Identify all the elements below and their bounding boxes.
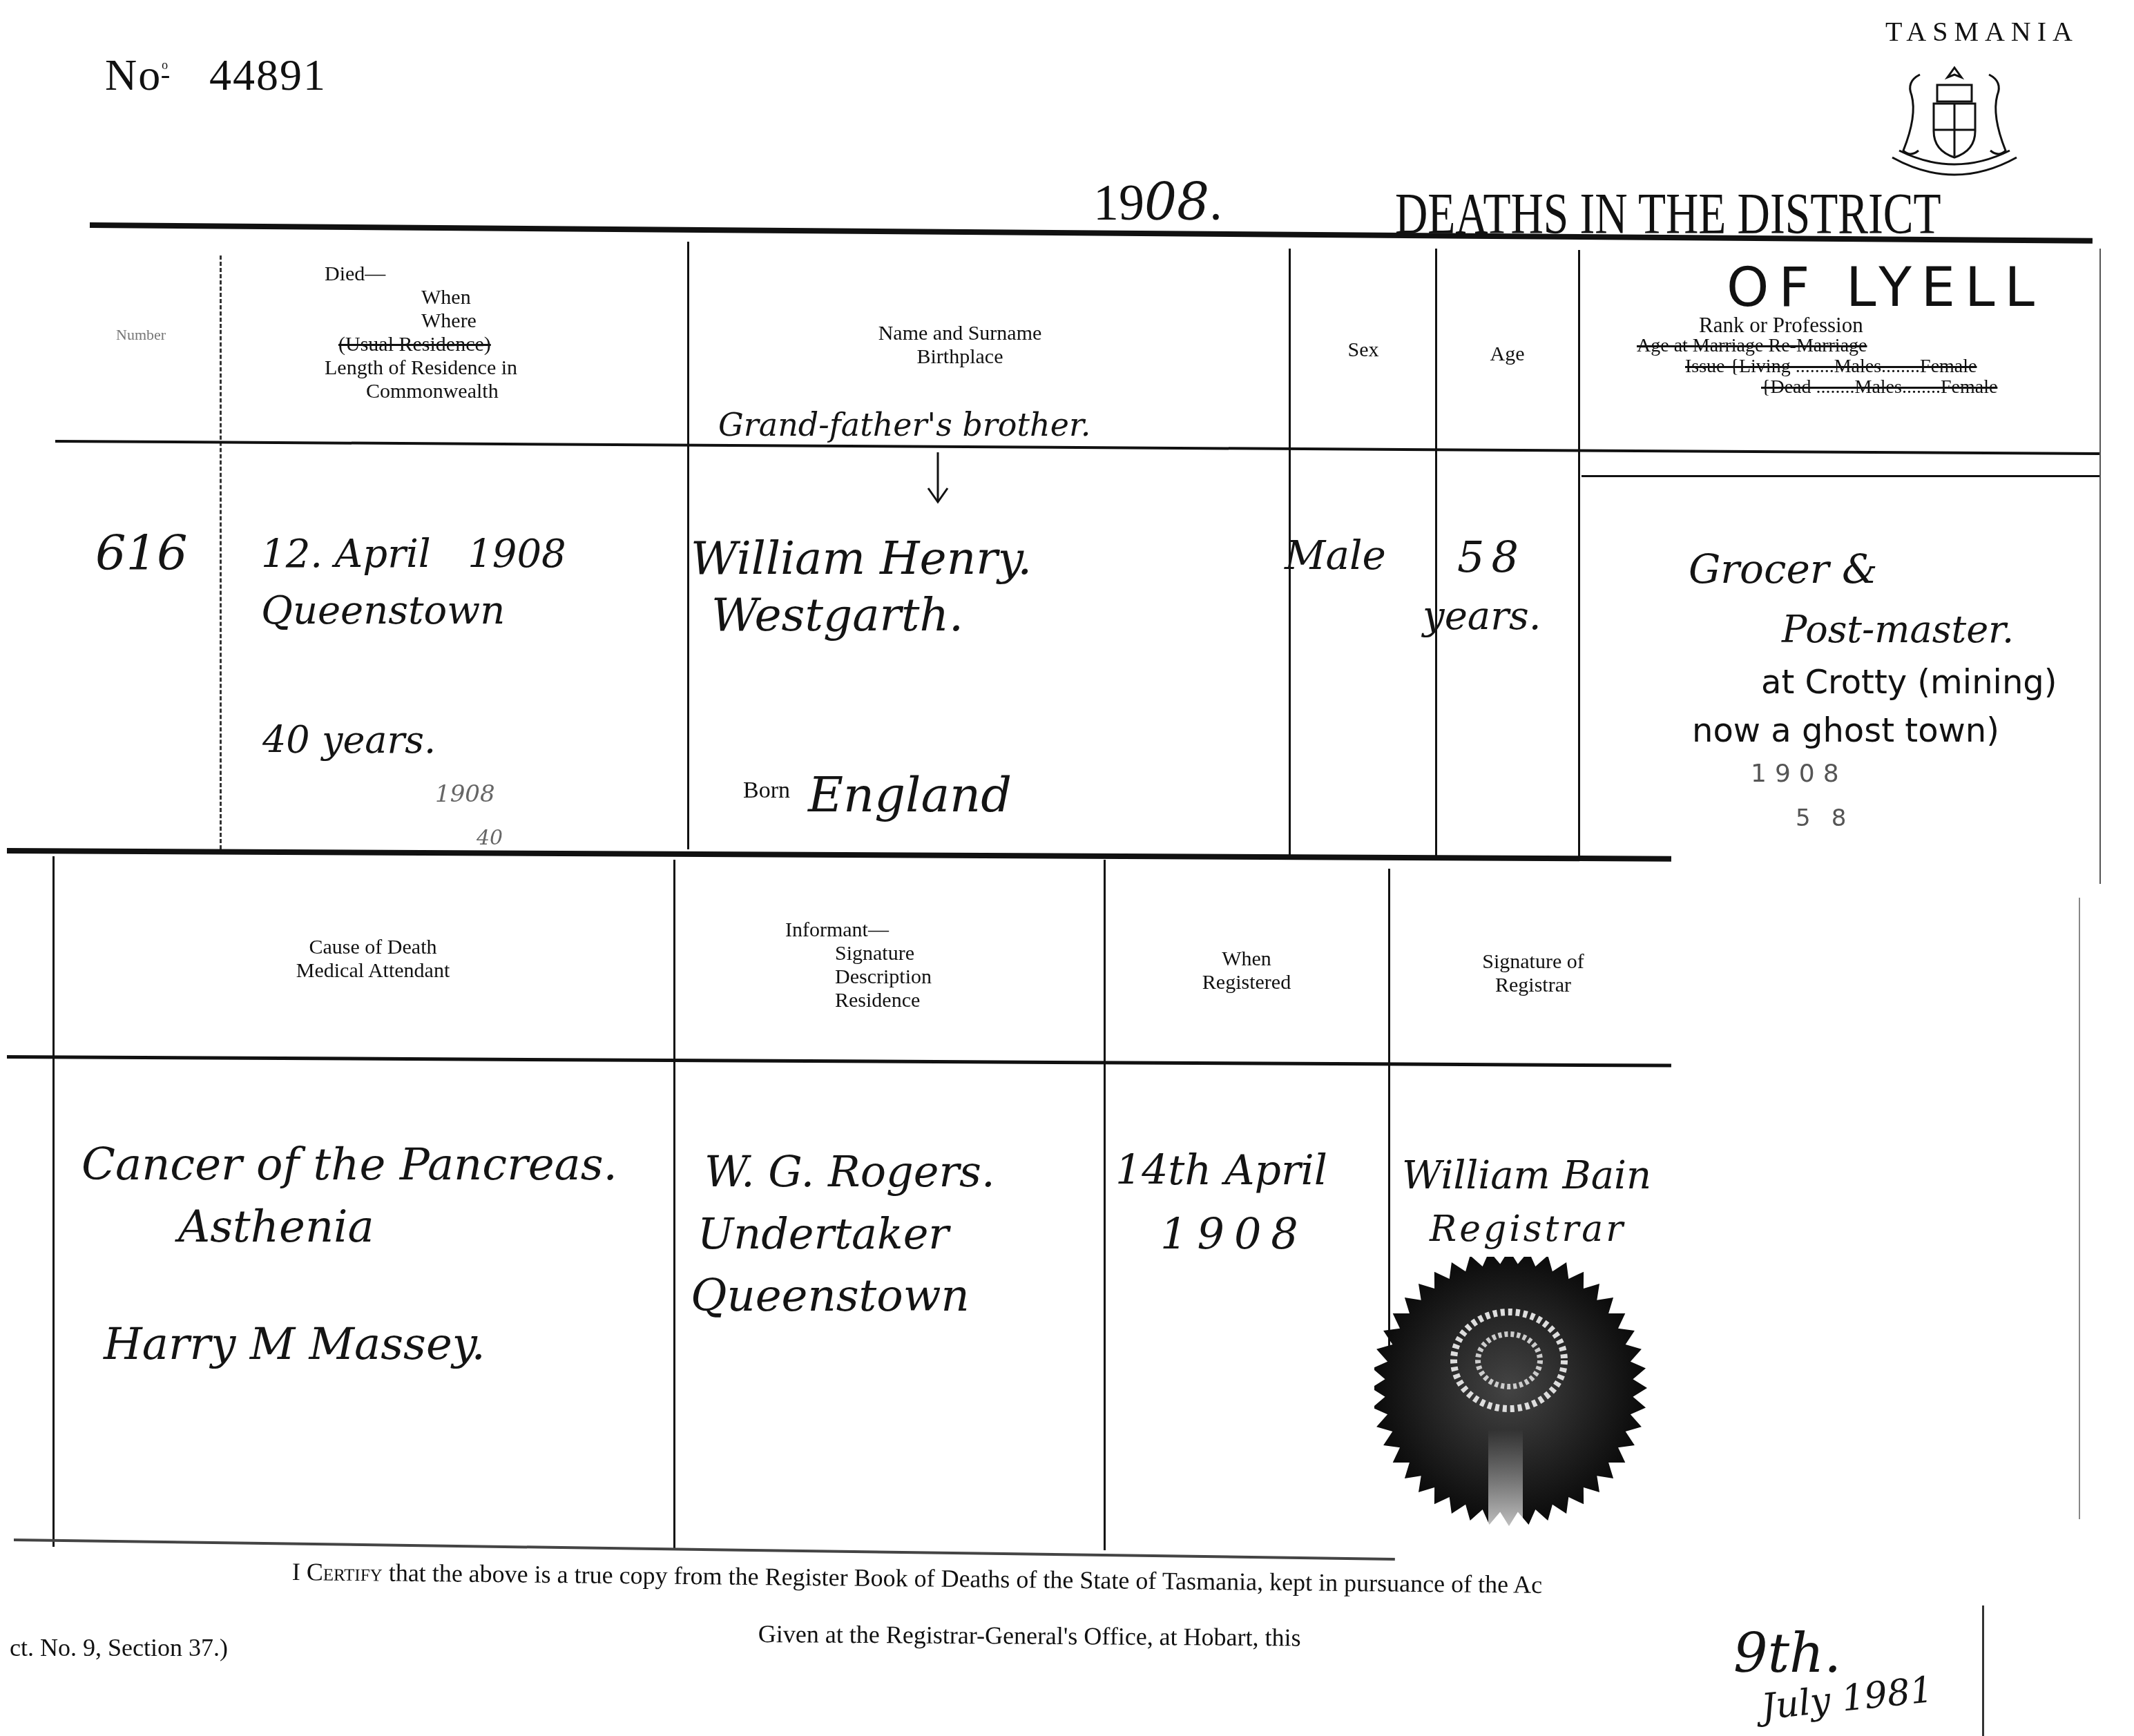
rank-header-rule [1582,475,2099,477]
footer-fold-rule [14,1539,1395,1561]
rank-note: 1908 [1751,760,1847,788]
district-handwritten: OF LYELL [1727,257,2044,319]
header-line: Name and Surname [753,322,1167,345]
informant-name: W. G. Rogers. [704,1146,995,1197]
column-header-age: Age [1436,343,1578,366]
certificate-number: Noᵒ 44891 [105,50,327,101]
column-header-sex: Sex [1291,338,1435,362]
registered-year: 1908 [1160,1208,1308,1259]
deceased-name-line1: William Henry. [691,532,1032,585]
registrar-title: Registrar [1430,1208,1626,1250]
header-line: When [1105,947,1388,971]
age-value: 58 [1457,532,1526,582]
length-of-residence: 40 years. [262,718,436,762]
year-handwritten: 08 [1144,173,1209,232]
header-line: When [421,286,684,309]
registrar-signature: William Bain [1402,1153,1651,1198]
number-prefix: No [105,50,162,99]
header-line: Informant— [785,918,1096,942]
arrow-down-icon [924,452,952,508]
header-line: Died— [325,262,684,286]
rank-note: 58 [1796,804,1867,832]
header-line: Signature of [1402,950,1664,974]
rank-line1: Grocer & [1689,546,1878,592]
header-line: Rank or Profession [1699,315,2099,336]
column-divider [673,860,675,1550]
header-line: Residence [835,989,1096,1012]
column-divider [1578,250,1580,858]
column-header-name: Name and Surname Birthplace [753,322,1167,369]
informant-residence: Queenstown [691,1271,970,1322]
rank-line4: now a ghost town) [1692,711,1999,750]
bottom-header-rule [7,1055,1671,1068]
certification-statement: I Certify that the above is a true copy … [292,1557,1543,1599]
column-divider [687,242,689,849]
state-label: TASMANIA [1885,15,2079,48]
header-line: Where [421,309,684,333]
coat-of-arms-icon [1878,61,2030,178]
header-line: Length of Residence in [325,356,684,380]
column-header-informant: Informant— Signature Description Residen… [785,918,1096,1012]
margin-note: 40 [477,826,503,850]
died-when: 12. April 1908 [261,532,566,577]
header-line: Registered [1105,971,1388,994]
page-edge [2079,898,2080,1519]
page-edge [2099,249,2101,884]
medical-attendant: Harry M Massey. [104,1319,486,1370]
act-reference: ct. No. 9, Section 37.) [10,1633,228,1662]
number-column-divider [220,255,222,849]
column-header-number: Number [116,323,166,347]
issue-date-day: 9th. [1733,1623,1841,1685]
year-printed: 19 [1093,175,1144,231]
column-header-registered: When Registered [1105,947,1388,994]
page-edge [1982,1605,1984,1736]
header-line-struck: {Dead ........Males........Female [1761,377,2099,398]
column-header-cause: Cause of Death Medical Attendant [193,936,552,983]
header-line: Description [835,965,1096,989]
relation-annotation: Grand-father's brother. [718,406,1090,443]
deceased-name-line2: Westgarth. [711,588,963,642]
section-rule [7,848,1671,862]
cause-of-death-secondary: Asthenia [178,1202,374,1253]
margin-note: 1908 [435,780,495,808]
informant-description: Undertaker [698,1208,949,1259]
column-header-registrar: Signature of Registrar [1402,950,1664,997]
number-prefix-ordinal: ᵒ [162,57,169,79]
given-statement: Given at the Registrar-General's Office,… [758,1619,1301,1652]
header-line-struck: Issue {Living ........Males........Femal… [1685,356,2099,377]
rank-line3: at Crotty (mining) [1761,663,2057,702]
header-line: Cause of Death [193,936,552,959]
embossed-seal-icon [1374,1257,1664,1547]
register-year: 1908. [1093,173,1222,233]
sex-value: Male [1285,532,1386,579]
died-where: Queenstown [261,588,505,633]
age-unit: years. [1423,594,1541,639]
header-line: Registrar [1402,974,1664,997]
cause-of-death: Cancer of the Pancreas. [81,1139,617,1190]
column-divider [52,856,55,1547]
header-line: Medical Attendant [193,959,552,983]
registered-date: 14th April [1115,1146,1327,1195]
certify-lead: I Certify [292,1558,383,1586]
born-label: Born [743,778,790,804]
header-line: Birthplace [753,345,1167,369]
certify-text: that the above is a true copy from the R… [389,1559,1543,1598]
birthplace: England [808,766,1012,823]
number-value: 44891 [209,50,327,99]
rank-line2: Post-master. [1782,608,2014,651]
header-line-struck: Age at Marriage Re-Marriage [1637,336,2099,356]
header-line-struck: (Usual Residence) [338,333,684,356]
column-header-rank: Rank or Profession Age at Marriage Re-Ma… [1637,315,2099,398]
column-divider [1435,249,1437,856]
entry-number: 616 [95,525,188,581]
header-line: Signature [835,942,1096,965]
header-line: Commonwealth [366,380,684,403]
column-header-died: Died— When Where (Usual Residence) Lengt… [325,262,684,403]
